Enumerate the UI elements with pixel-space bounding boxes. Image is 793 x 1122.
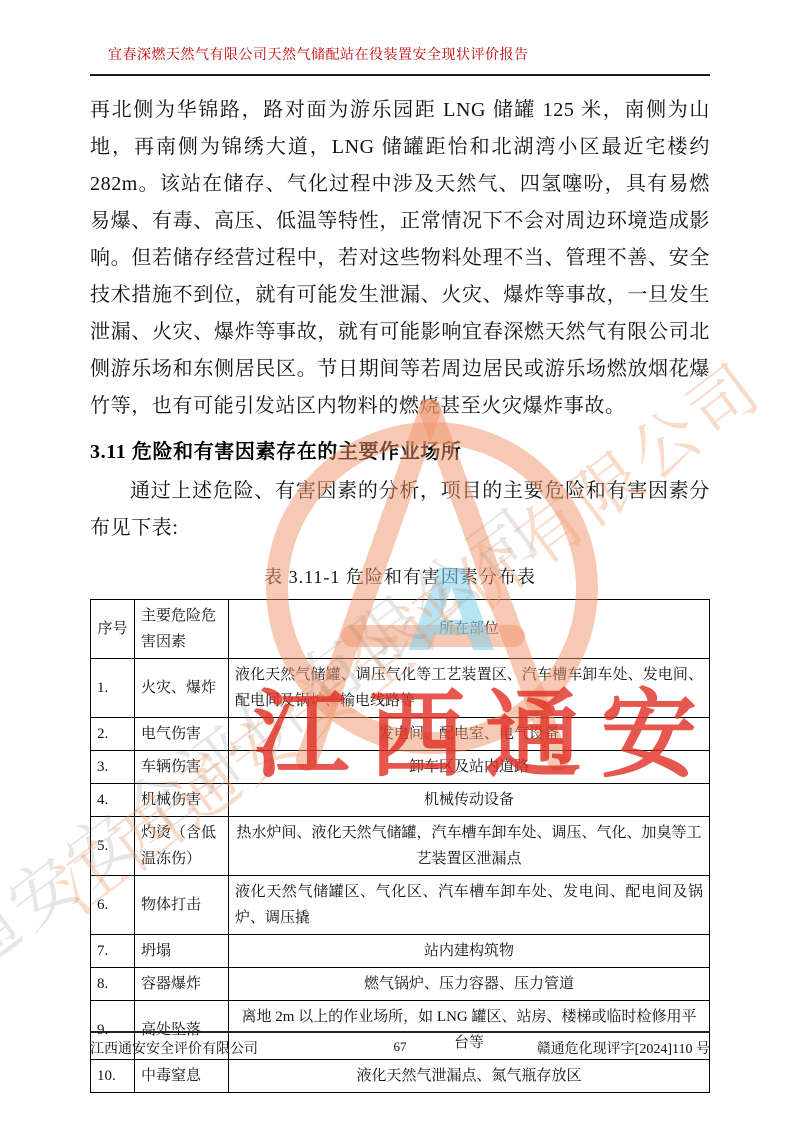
- cell-factor: 容器爆炸: [135, 968, 229, 1001]
- cell-index: 6.: [91, 876, 135, 935]
- cell-location: 站内建构筑物: [229, 935, 710, 968]
- cell-index: 7.: [91, 935, 135, 968]
- table-caption: 表 3.11-1 危险和有害因素分布表: [90, 563, 710, 589]
- table-row: 8.容器爆炸燃气锅炉、压力容器、压力管道: [91, 968, 710, 1001]
- cell-factor: 电气伤害: [135, 718, 229, 751]
- cell-location: 热水炉间、液化天然气储罐，汽车槽车卸车处、调压、气化、加臭等工艺装置区泄漏点: [229, 817, 710, 876]
- cell-factor: 机械伤害: [135, 784, 229, 817]
- cell-index: 3.: [91, 751, 135, 784]
- table-row: 6.物体打击液化天然气储罐区、气化区、汽车槽车卸车处、发电间、配电间及锅炉、调压…: [91, 876, 710, 935]
- cell-index: 10.: [91, 1060, 135, 1093]
- table-row: 7.坍塌站内建构筑物: [91, 935, 710, 968]
- footer-company: 江西通安安全评价有限公司: [90, 1038, 394, 1058]
- hazard-distribution-table: 序号 主要危险危害因素 所在部位 1.火灾、爆炸液化天然气储罐、调压气化等工艺装…: [90, 599, 710, 1093]
- cell-location: 机械传动设备: [229, 784, 710, 817]
- report-title: 宜春深燃天然气有限公司天然气储配站在役装置安全现状评价报告: [108, 48, 529, 63]
- column-header-factor: 主要危险危害因素: [135, 600, 229, 659]
- footer-doc-number: 赣通危化现评字[2024]110 号: [407, 1038, 711, 1058]
- cell-location: 液化天然气储罐区、气化区、汽车槽车卸车处、发电间、配电间及锅炉、调压撬: [229, 876, 710, 935]
- table-row: 1.火灾、爆炸液化天然气储罐、调压气化等工艺装置区、汽车槽车卸车处、发电间、配电…: [91, 659, 710, 718]
- cell-factor: 车辆伤害: [135, 751, 229, 784]
- table-row: 2.电气伤害发电间、配电室、电气设备: [91, 718, 710, 751]
- cell-index: 4.: [91, 784, 135, 817]
- document-page: A 江西通安安全评价有限公司 江西通安安全评价有限公司 江西通安 宜春深燃天然气…: [0, 0, 793, 1122]
- cell-factor: 中毒窒息: [135, 1060, 229, 1093]
- body-paragraph-1: 再北侧为华锦路，路对面为游乐园距 LNG 储罐 125 米，南侧为山地，再南侧为…: [90, 92, 710, 425]
- page-footer: 江西通安安全评价有限公司 67 赣通危化现评字[2024]110 号: [90, 1031, 710, 1058]
- cell-location: 燃气锅炉、压力容器、压力管道: [229, 968, 710, 1001]
- cell-factor: 坍塌: [135, 935, 229, 968]
- cell-index: 5.: [91, 817, 135, 876]
- cell-factor: 物体打击: [135, 876, 229, 935]
- page-number: 67: [394, 1039, 407, 1055]
- page-header: 宜春深燃天然气有限公司天然气储配站在役装置安全现状评价报告: [90, 44, 710, 76]
- cell-factor: 火灾、爆炸: [135, 659, 229, 718]
- body-paragraph-2: 通过上述危险、有害因素的分析，项目的主要危险和有害因素分布见下表:: [90, 473, 710, 547]
- cell-factor: 灼烫（含低温冻伤）: [135, 817, 229, 876]
- table-row: 5.灼烫（含低温冻伤）热水炉间、液化天然气储罐，汽车槽车卸车处、调压、气化、加臭…: [91, 817, 710, 876]
- section-heading-3-11: 3.11 危险和有害因素存在的主要作业场所: [90, 435, 710, 469]
- table-row: 3.车辆伤害卸车区及站内道路: [91, 751, 710, 784]
- cell-location: 液化天然气储罐、调压气化等工艺装置区、汽车槽车卸车处、发电间、配电间及锅炉、输电…: [229, 659, 710, 718]
- cell-index: 2.: [91, 718, 135, 751]
- column-header-location: 所在部位: [229, 600, 710, 659]
- table-row: 4.机械伤害机械传动设备: [91, 784, 710, 817]
- cell-location: 卸车区及站内道路: [229, 751, 710, 784]
- cell-index: 8.: [91, 968, 135, 1001]
- cell-location: 发电间、配电室、电气设备: [229, 718, 710, 751]
- cell-index: 1.: [91, 659, 135, 718]
- table-row: 10.中毒窒息液化天然气泄漏点、氮气瓶存放区: [91, 1060, 710, 1093]
- page-content: 宜春深燃天然气有限公司天然气储配站在役装置安全现状评价报告 再北侧为华锦路，路对…: [90, 44, 710, 1093]
- cell-location: 液化天然气泄漏点、氮气瓶存放区: [229, 1060, 710, 1093]
- column-header-index: 序号: [91, 600, 135, 659]
- table-header-row: 序号 主要危险危害因素 所在部位: [91, 600, 710, 659]
